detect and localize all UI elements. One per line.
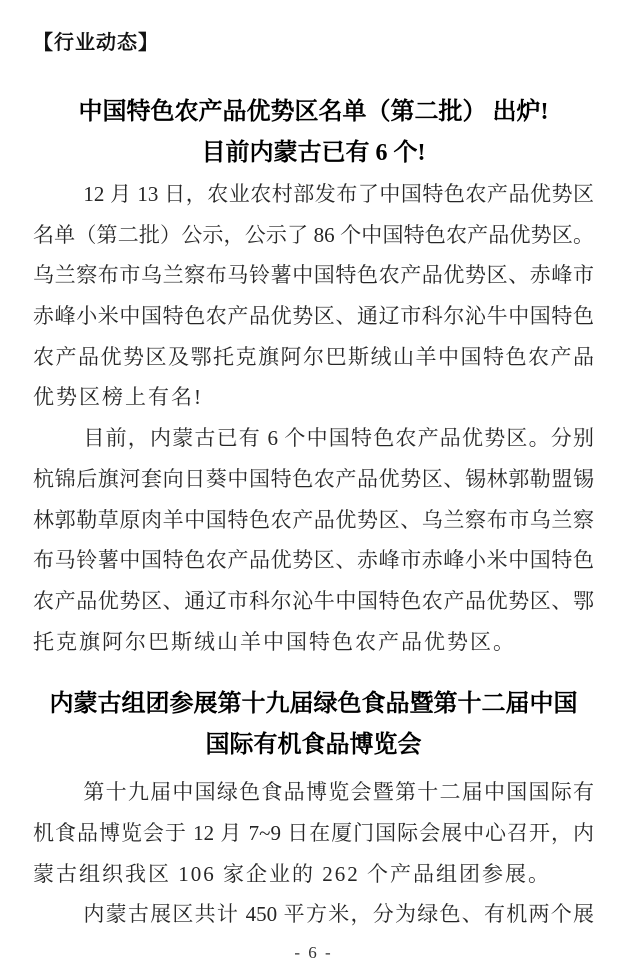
text-line: 托克旗阿尔巴斯绒山羊中国特色农产品优势区。 — [33, 622, 594, 663]
text-line: 农产品优势区及鄂托克旗阿尔巴斯绒山羊中国特色农产品 — [33, 337, 594, 378]
text-line: 乌兰察布市乌兰察布马铃薯中国特色农产品优势区、赤峰市 — [33, 255, 594, 296]
section-label: 【行业动态】 — [33, 30, 594, 56]
heading-line: 内蒙古组团参展第十九届绿色食品暨第十二届中国 — [33, 684, 594, 725]
text-line: 优势区榜上有名! — [33, 377, 594, 418]
text-line: 蒙古组织我区 106 家企业的 262 个产品组团参展。 — [33, 854, 594, 895]
text-line: 第十九届中国绿色食品博览会暨第十二届中国国际有 — [33, 772, 594, 813]
heading-line: 目前内蒙古已有 6 个! — [33, 133, 594, 174]
text-line: 布马铃薯中国特色农产品优势区、赤峰市赤峰小米中国特色 — [33, 540, 594, 581]
text-line: 内蒙古展区共计 450 平方米，分为绿色、有机两个展厅， — [33, 894, 594, 935]
text-line: 机食品博览会于 12 月 7~9 日在厦门国际会展中心召开，内 — [33, 813, 594, 854]
paragraph: 12 月 13 日，农业农村部发布了中国特色农产品优势区名单（第二批）公示，公示… — [33, 174, 594, 418]
text-line: 林郭勒草原肉羊中国特色农产品优势区、乌兰察布市乌兰察 — [33, 500, 594, 541]
text-line: 赤峰小米中国特色农产品优势区、通辽市科尔沁牛中国特色 — [33, 296, 594, 337]
paragraph: 内蒙古展区共计 450 平方米，分为绿色、有机两个展厅， — [33, 894, 594, 935]
paragraph: 第十九届中国绿色食品博览会暨第十二届中国国际有机食品博览会于 12 月 7~9 … — [33, 772, 594, 894]
paragraph: 目前，内蒙古已有 6 个中国特色农产品优势区。分别是：杭锦后旗河套向日葵中国特色… — [33, 418, 594, 662]
text-line: 杭锦后旗河套向日葵中国特色农产品优势区、锡林郭勒盟锡 — [33, 459, 594, 500]
text-line: 名单（第二批）公示，公示了 86 个中国特色农产品优势区。 — [33, 215, 594, 256]
heading-line: 中国特色农产品优势区名单（第二批） 出炉! — [33, 92, 594, 133]
page-number: - 6 - — [33, 943, 594, 963]
text-line: 农产品优势区、通辽市科尔沁牛中国特色农产品优势区、鄂 — [33, 581, 594, 622]
article-body: 中国特色农产品优势区名单（第二批） 出炉!目前内蒙古已有 6 个!12 月 13… — [33, 92, 594, 935]
article-heading: 内蒙古组团参展第十九届绿色食品暨第十二届中国国际有机食品博览会 — [33, 684, 594, 766]
article-heading: 中国特色农产品优势区名单（第二批） 出炉!目前内蒙古已有 6 个! — [33, 92, 594, 174]
text-line: 12 月 13 日，农业农村部发布了中国特色农产品优势区 — [33, 174, 594, 215]
heading-line: 国际有机食品博览会 — [33, 725, 594, 766]
text-line: 目前，内蒙古已有 6 个中国特色农产品优势区。分别是： — [33, 418, 594, 459]
document-page: 【行业动态】 中国特色农产品优势区名单（第二批） 出炉!目前内蒙古已有 6 个!… — [0, 0, 627, 973]
